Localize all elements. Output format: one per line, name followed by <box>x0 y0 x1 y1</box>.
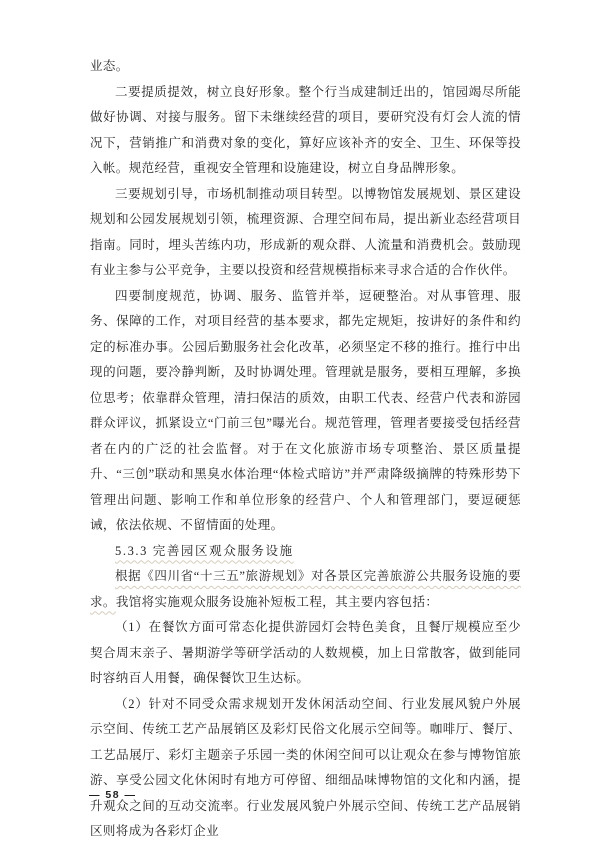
body-paragraph: 二要提质提效，树立良好形象。整个行当成建制迁出的，馆园竭尽所能做好协调、对接与服… <box>90 80 521 182</box>
list-item-paragraph: （1）在餐饮方面可常态化提供游园灯会特色美食，且餐厅规模应至少契合周末亲子、暑期… <box>90 615 521 692</box>
document-page: 业态。 二要提质提效，树立良好形象。整个行当成建制迁出的，馆园竭尽所能做好协调、… <box>0 0 610 861</box>
body-paragraph: 三要规划引导，市场机制推动项目转型。以博物馆发展规划、景区建设规划和公园发展规划… <box>90 182 521 284</box>
body-paragraph: 四要制度规范，协调、服务、监管并举，逗硬整治。对从事管理、服务、保障的工作，对项… <box>90 284 521 539</box>
section-heading: 5.3.3 完善园区观众服务设施 <box>90 539 521 565</box>
page-content: 业态。 二要提质提效，树立良好形象。整个行当成建制迁出的，馆园竭尽所能做好协调、… <box>90 54 521 845</box>
sentence: 我馆将实施观众服务设施补短板工程，其主要内容包括： <box>116 595 439 609</box>
list-item-paragraph: （2）针对不同受众需求规划开发休闲活动空间、行业发展风貌户外展示空间、传统工艺产… <box>90 692 521 845</box>
page-number: — 58 — <box>89 789 137 801</box>
body-paragraph-continuation: 业态。 <box>90 54 521 80</box>
body-paragraph: 根据《四川省“十三五”旅游规划》对各景区完善旅游公共服务设施的要求。我馆将实施观… <box>90 564 521 615</box>
